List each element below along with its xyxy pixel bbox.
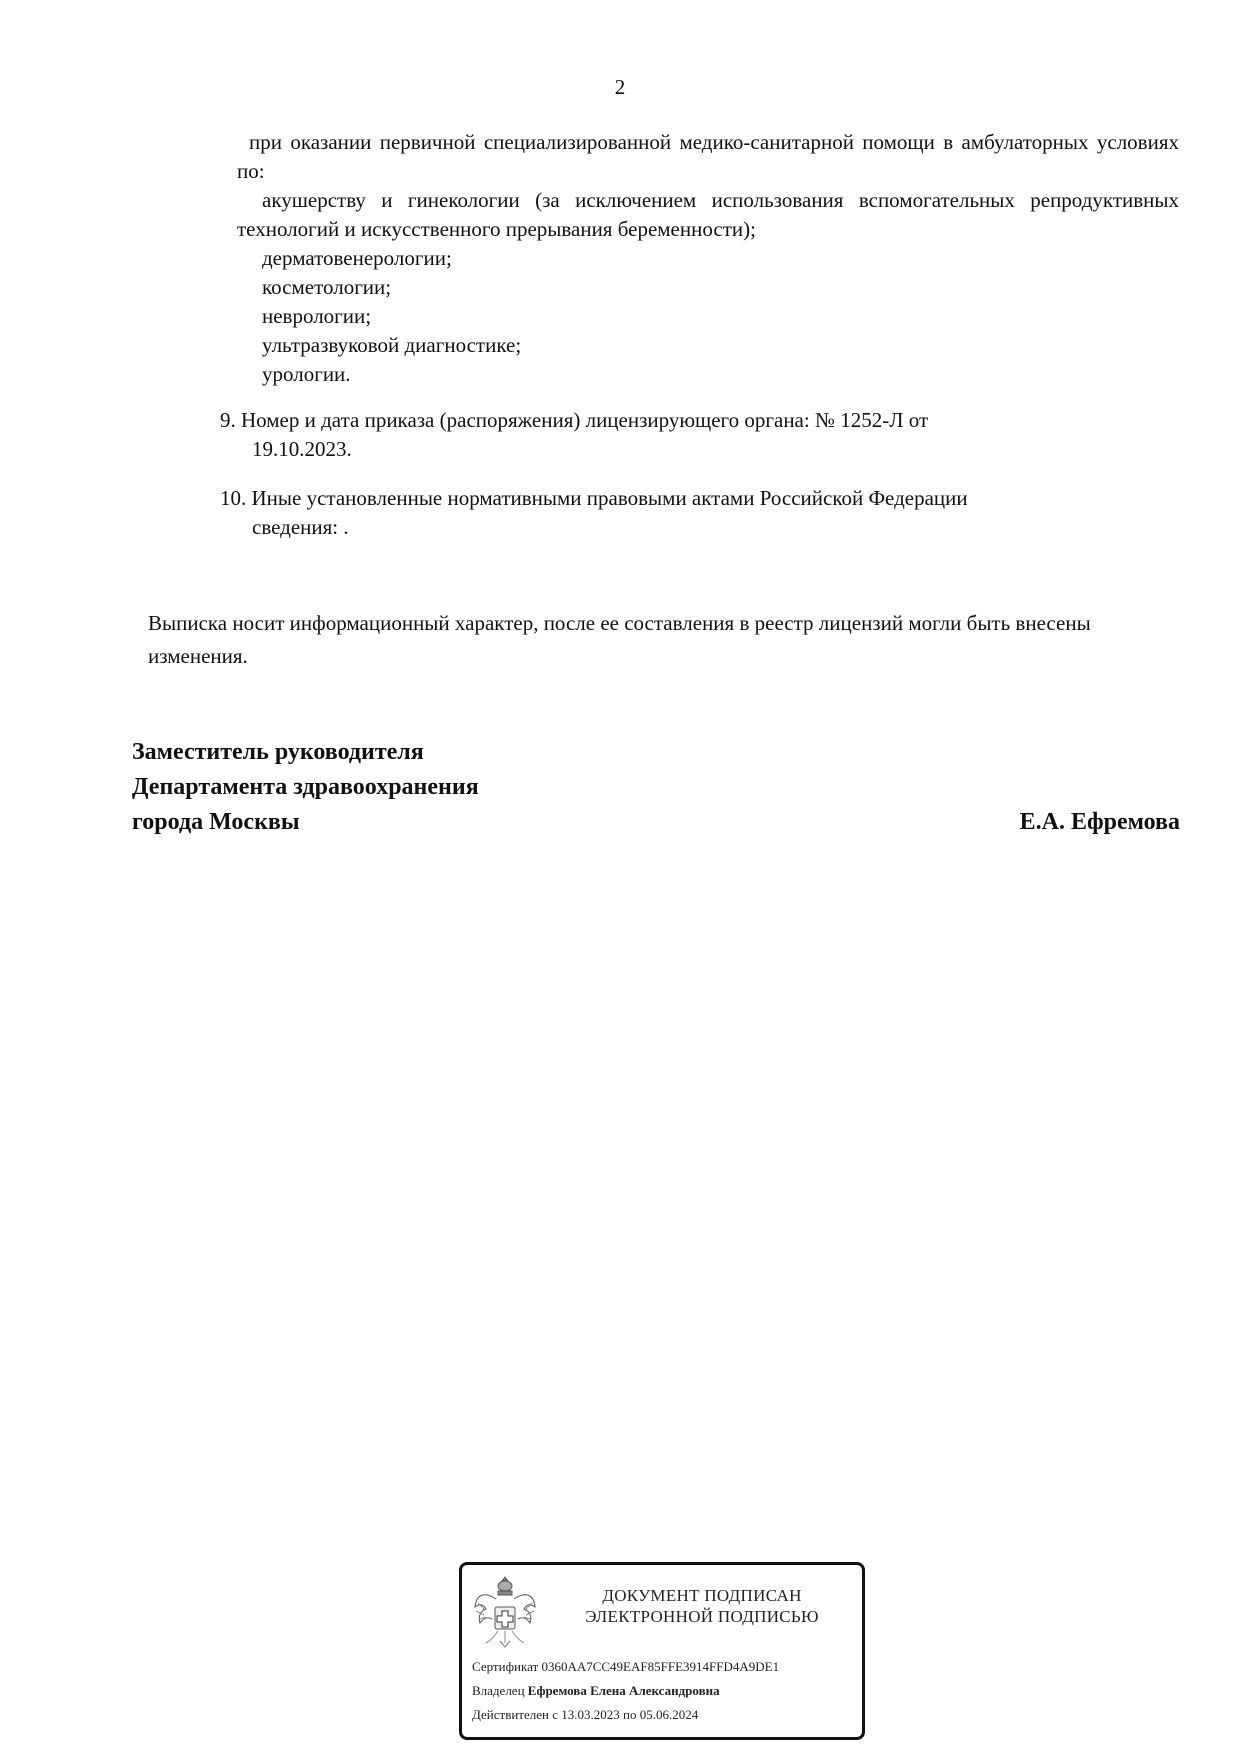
signer-name: Е.А. Ефремова bbox=[1020, 805, 1180, 840]
validity-line: Действителен с 13.03.2023 по 05.06.2024 bbox=[472, 1703, 862, 1727]
electronic-signature-stamp: ДОКУМЕНТ ПОДПИСАН ЭЛЕКТРОННОЙ ПОДПИСЬЮ С… bbox=[459, 1562, 865, 1740]
signer-position-line: Заместитель руководителя bbox=[132, 735, 424, 770]
section-text: Иные установленные нормативными правовым… bbox=[252, 486, 968, 510]
scope-item: урологии. bbox=[237, 360, 1179, 389]
signer-position-line: города Москвы bbox=[132, 805, 300, 840]
scope-item-obstetrics: акушерству и гинекологии (за исключением… bbox=[237, 186, 1179, 244]
stamp-certificate-info: Сертификат 0360AA7CC49EAF85FFE3914FFD4A9… bbox=[472, 1655, 862, 1727]
scope-item: ультразвуковой диагностике; bbox=[237, 331, 1179, 360]
section-10-other-info: 10. Иные установленные нормативными прав… bbox=[220, 484, 1160, 542]
certificate-number: 0360AA7CC49EAF85FFE3914FFD4A9DE1 bbox=[541, 1659, 779, 1674]
section-9-order-info: 9. Номер и дата приказа (распоряжения) л… bbox=[220, 406, 1160, 464]
scope-intro: при оказании первичной специализированно… bbox=[237, 128, 1179, 186]
page-number: 2 bbox=[0, 74, 1240, 100]
section-continuation: сведения: . bbox=[220, 513, 1160, 542]
signature-block: Заместитель руководителя Департамента зд… bbox=[132, 735, 1180, 840]
informational-notice: Выписка носит информационный характер, п… bbox=[148, 607, 1188, 673]
certificate-line: Сертификат 0360AA7CC49EAF85FFE3914FFD4A9… bbox=[472, 1655, 862, 1679]
scope-item: дерматовенерологии; bbox=[237, 244, 1179, 273]
section-continuation: 19.10.2023. bbox=[220, 435, 1160, 464]
scope-item: неврологии; bbox=[237, 302, 1179, 331]
section-text: Номер и дата приказа (распоряжения) лице… bbox=[241, 408, 928, 432]
scope-item: косметологии; bbox=[237, 273, 1179, 302]
medical-services-scope: при оказании первичной специализированно… bbox=[237, 128, 1179, 389]
section-number: 9. bbox=[220, 408, 236, 432]
owner-name: Ефремова Елена Александровна bbox=[528, 1683, 720, 1698]
owner-line: Владелец Ефремова Елена Александровна bbox=[472, 1679, 862, 1703]
coat-of-arms-icon bbox=[472, 1573, 538, 1651]
stamp-title: ДОКУМЕНТ ПОДПИСАН ЭЛЕКТРОННОЙ ПОДПИСЬЮ bbox=[542, 1585, 862, 1627]
section-number: 10. bbox=[220, 486, 246, 510]
signer-position-line: Департамента здравоохранения bbox=[132, 770, 479, 805]
